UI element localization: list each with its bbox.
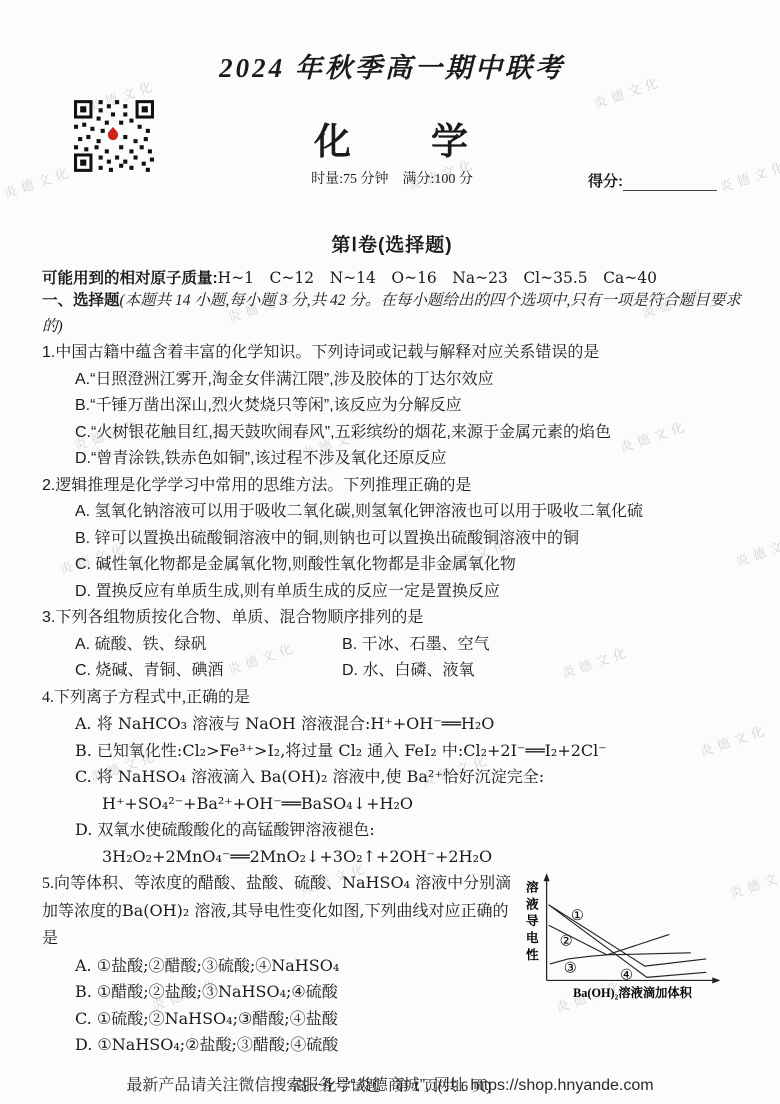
atomic-masses-line: 可能用到的相对原子质量:H~1 C~12 N~14 O~16 Na~23 Cl~… [42, 266, 742, 288]
qr-code-graphic [74, 100, 154, 172]
figure-x-axis-label: Ba(OH)₂溶液滴加体积 [573, 985, 693, 1000]
section-title: 第Ⅰ卷(选择题) [42, 230, 742, 257]
figure-y-axis-label: 溶液导电性 [526, 879, 539, 961]
question-4-option-b: B. 已知氧化性:Cl₂>Fe³⁺>I₂,将过量 Cl₂ 通入 FeI₂ 中:C… [42, 738, 742, 765]
question-2-option-b: B. 锌可以置换出硫酸铜溶液中的铜,则钠也可以置换出硫酸铜溶液中的铜 [42, 526, 742, 553]
question-4-option-a: A. 将 NaHCO₃ 溶液与 NaOH 溶液混合:H⁺+OH⁻══H₂O [42, 711, 742, 738]
promo-line: 最新产品请关注微信搜索服务号“炎德商城”, 网址 https://shop.hn… [0, 1072, 780, 1095]
question-1-option-b: B.“千锤万凿出深山,烈火焚烧只等闲”,该反应为分解反应 [42, 393, 742, 420]
question-2-option-a: A. 氢氧化钠溶液可以用于吸收二氧化碳,则氢氧化钾溶液也可以用于吸收二氧化硫 [42, 499, 742, 526]
score-blank-line[interactable] [623, 175, 717, 191]
svg-text:性: 性 [526, 947, 539, 962]
question-3: 3.下列各组物质按化合物、单质、混合物顺序排列的是 A. 硫酸、铁、绿矾 B. … [42, 605, 742, 685]
question-3-option-b: B. 干冰、石墨、空气 [342, 632, 490, 659]
curve-label-②: ② [560, 934, 573, 950]
curve-label-③: ③ [564, 960, 577, 976]
question-2: 2.逻辑推理是化学学习中常用的思维方法。下列推理正确的是 A. 氢氧化钠溶液可以… [42, 473, 742, 606]
score-label: 得分: [588, 173, 623, 190]
question-2-option-c: C. 碱性氧化物都是金属氧化物,则酸性氧化物都是非金属氧化物 [42, 552, 742, 579]
svg-text:溶: 溶 [526, 879, 539, 894]
question-3-options-row-2: C. 烧碱、青铜、碘酒 D. 水、白磷、液氧 [42, 658, 742, 685]
qr-code [74, 100, 154, 177]
question-4: 4.下列离子方程式中,正确的是 A. 将 NaHCO₃ 溶液与 NaOH 溶液混… [42, 685, 742, 871]
question-3-option-c: C. 烧碱、青铜、碘酒 [42, 658, 342, 685]
section-intro-body: (本题共 14 小题,每小题 3 分,共 42 分。在每小题给出的四个选项中,只… [42, 292, 741, 335]
question-1-option-a: A.“日照澄洲江雾开,淘金女伴满江隈”,涉及胶体的丁达尔效应 [42, 367, 742, 394]
y-axis-arrow [544, 873, 550, 881]
svg-text:导: 导 [526, 914, 539, 928]
section-intro: 一、选择题(本题共 14 小题,每小题 3 分,共 42 分。在每小题给出的四个… [42, 288, 742, 340]
atomic-masses-values: H~1 C~12 N~14 O~16 Na~23 Cl~35.5 Ca~40 [218, 269, 657, 287]
question-4-stem: 4.下列离子方程式中,正确的是 [42, 685, 742, 712]
figure-curve-labels: ①②③④ [560, 908, 633, 983]
question-1: 1.中国古籍中蕴含着丰富的化学知识。下列诗词或记载与解释对应关系错误的是 A.“… [42, 340, 742, 473]
conductivity-chart: 溶液导电性 ①②③④ Ba(OH)₂溶液滴加体积 [522, 870, 742, 1016]
curve-label-④: ④ [620, 967, 633, 983]
question-1-option-d: D.“曾青涂铁,铁赤色如铜”,该过程不涉及氧化还原反应 [42, 446, 742, 473]
atomic-masses-label: 可能用到的相对原子质量: [42, 270, 218, 287]
section-intro-lead: 一、选择题 [42, 292, 120, 309]
x-axis-arrow [712, 977, 720, 983]
question-4-option-c: C. 将 NaHSO₄ 溶液滴入 Ba(OH)₂ 溶液中,使 Ba²⁺恰好沉淀完… [42, 764, 742, 791]
exam-title: 2024 年秋季高一期中联考 [42, 46, 742, 85]
question-3-stem: 3.下列各组物质按化合物、单质、混合物顺序排列的是 [42, 605, 742, 632]
question-3-option-d: D. 水、白磷、液氧 [342, 658, 474, 685]
curve-label-①: ① [571, 908, 584, 924]
question-2-option-d: D. 置换反应有单质生成,则有单质生成的反应一定是置换反应 [42, 579, 742, 606]
question-3-options-row-1: A. 硫酸、铁、绿矾 B. 干冰、石墨、空气 [42, 632, 742, 659]
question-1-option-c: C.“火树银花触目红,揭天鼓吹闹春风”,五彩缤纷的烟花,来源于金属元素的焰色 [42, 420, 742, 447]
question-4-option-d-equation: 3H₂O₂+2MnO₄⁻══2MnO₂↓+3O₂↑+2OH⁻+2H₂O [42, 844, 742, 871]
question-5: 溶液导电性 ①②③④ Ba(OH)₂溶液滴加体积 5.向等体积、等浓度的醋酸、盐… [42, 870, 742, 1059]
svg-text:液: 液 [526, 896, 539, 911]
question-4-option-c-equation: H⁺+SO₄²⁻+Ba²⁺+OH⁻══BaSO₄↓+H₂O [42, 791, 742, 818]
question-4-option-d: D. 双氧水使硫酸酸化的高锰酸钾溶液褪色: [42, 817, 742, 844]
conductivity-chart-svg: 溶液导电性 ①②③④ Ba(OH)₂溶液滴加体积 [522, 870, 742, 1006]
question-2-stem: 2.逻辑推理是化学学习中常用的思维方法。下列推理正确的是 [42, 473, 742, 500]
question-3-option-a: A. 硫酸、铁、绿矾 [42, 632, 342, 659]
question-5-option-d: D. ①NaHSO₄;②盐酸;③醋酸;④硫酸 [42, 1032, 742, 1059]
question-1-stem: 1.中国古籍中蕴含着丰富的化学知识。下列诗词或记载与解释对应关系错误的是 [42, 340, 742, 367]
svg-text:电: 电 [526, 930, 539, 945]
exam-page: 炎德文化炎德文化炎德文化炎德文化炎德文化炎德文化炎德文化炎德文化炎德文化炎德文化… [0, 0, 780, 1104]
score-row: 得分: [588, 170, 717, 191]
